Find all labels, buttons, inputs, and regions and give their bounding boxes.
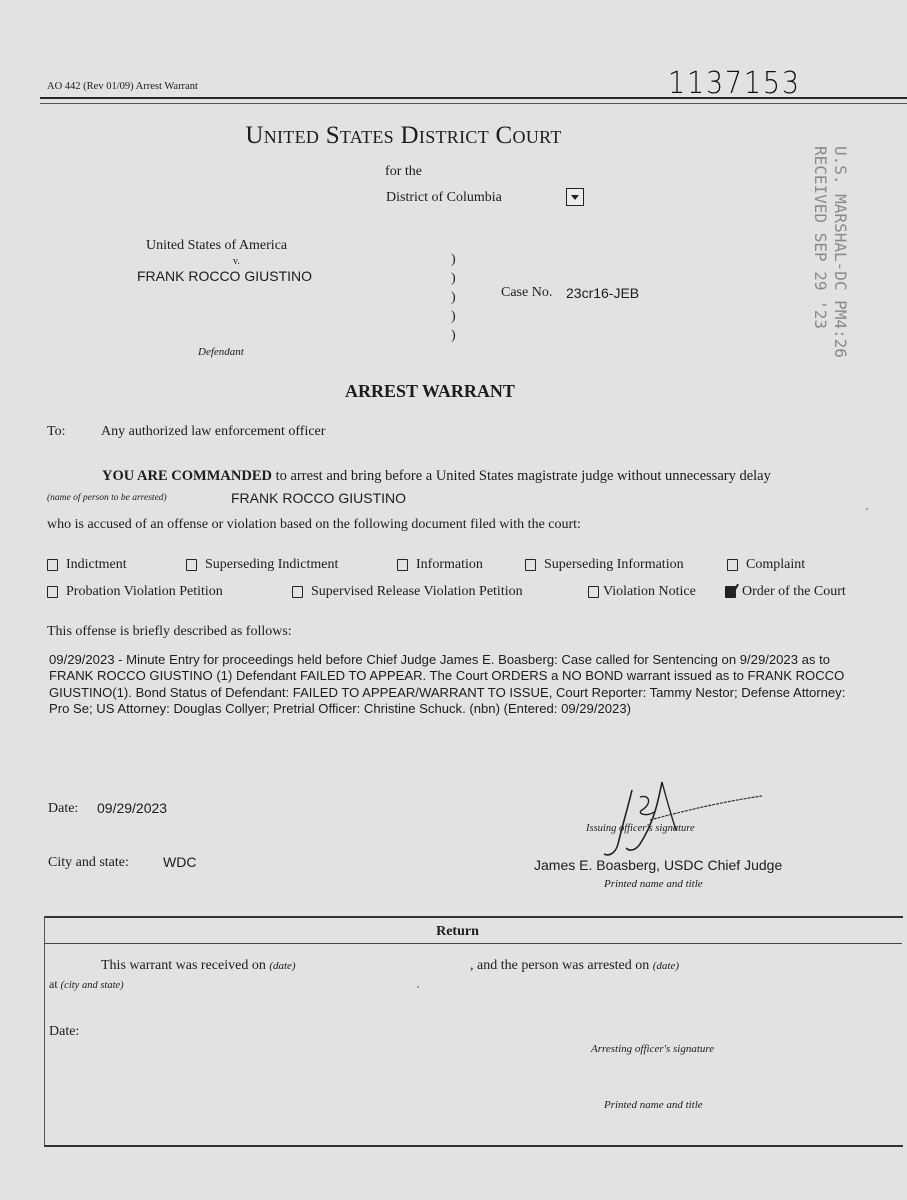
stamp-line-1: U.S. MARSHAL-DC PM4:26 bbox=[830, 146, 850, 346]
command-rest: to arrest and bring before a United Stat… bbox=[272, 468, 771, 484]
checkbox-superseding-indictment[interactable]: Superseding Indictment bbox=[186, 557, 338, 573]
received-stamp: U.S. MARSHAL-DC PM4:26 RECEIVED SEP 29 '… bbox=[810, 146, 850, 346]
warrant-title: ARREST WARRANT bbox=[345, 381, 515, 402]
checkbox-icon[interactable] bbox=[47, 586, 58, 598]
checkbox-icon[interactable] bbox=[525, 559, 536, 571]
issue-date-label: Date: bbox=[48, 801, 78, 817]
form-identifier: AO 442 (Rev 01/09) Arrest Warrant bbox=[47, 81, 198, 92]
court-title: United States District Court bbox=[0, 122, 907, 150]
handwritten-number: 1137153 bbox=[668, 66, 801, 101]
stamp-line-2: RECEIVED SEP 29 '23 bbox=[810, 146, 830, 346]
scan-speck bbox=[866, 508, 868, 510]
checkbox-label: Superseding Information bbox=[544, 557, 684, 573]
at-city-state: at (city and state) bbox=[49, 977, 124, 992]
checkbox-label: Supervised Release Violation Petition bbox=[311, 584, 523, 600]
paren: ) bbox=[451, 288, 456, 307]
for-the-label: for the bbox=[0, 164, 907, 180]
return-section bbox=[44, 916, 903, 1147]
paren: ) bbox=[451, 250, 456, 269]
checkbox-label: Superseding Indictment bbox=[205, 557, 338, 573]
header-rule bbox=[40, 97, 907, 104]
return-title: Return bbox=[0, 924, 907, 940]
received-label: This warrant was received on bbox=[101, 958, 266, 973]
defendant-name: FRANK ROCCO GIUSTINO bbox=[137, 268, 312, 284]
scan-speck bbox=[417, 986, 419, 988]
checkbox-label: Indictment bbox=[66, 557, 127, 573]
printed-name-label: Printed name and title bbox=[604, 878, 703, 890]
command-statement: YOU ARE COMMANDED to arrest and bring be… bbox=[102, 468, 771, 485]
to-label: To: bbox=[47, 424, 65, 440]
checkbox-label: Order of the Court bbox=[742, 584, 846, 600]
checkbox-supervised-release-violation-petition[interactable]: Supervised Release Violation Petition bbox=[292, 584, 523, 600]
checkbox-label: Probation Violation Petition bbox=[66, 584, 223, 600]
return-title-text: Return bbox=[436, 924, 479, 940]
checkbox-complaint[interactable]: Complaint bbox=[727, 557, 805, 573]
checkbox-order-of-the-court[interactable]: Order of the Court bbox=[725, 584, 846, 600]
judge-signature-icon bbox=[580, 772, 780, 862]
arrested-date-hint: (date) bbox=[653, 960, 679, 972]
checkbox-icon[interactable] bbox=[588, 586, 599, 598]
return-header-rule bbox=[44, 943, 902, 944]
judge-name: James E. Boasberg, USDC Chief Judge bbox=[534, 857, 782, 873]
offense-description: 09/29/2023 - Minute Entry for proceeding… bbox=[49, 652, 849, 717]
checkbox-probation-violation-petition[interactable]: Probation Violation Petition bbox=[47, 584, 223, 600]
checkbox-label: Complaint bbox=[746, 557, 805, 573]
arrested-label: , and the person was arrested on bbox=[470, 958, 649, 973]
paren: ) bbox=[451, 326, 456, 345]
city-state-hint: (city and state) bbox=[61, 980, 124, 991]
accused-statement: who is accused of an offense or violatio… bbox=[47, 517, 581, 533]
checkbox-violation-notice[interactable]: Violation Notice bbox=[588, 584, 696, 600]
received-on-text: This warrant was received on (date) bbox=[101, 958, 296, 974]
offense-label: This offense is briefly described as fol… bbox=[47, 624, 292, 640]
plaintiff-name: United States of America bbox=[146, 238, 287, 254]
checkbox-icon[interactable] bbox=[47, 559, 58, 571]
versus-label: v. bbox=[233, 256, 240, 267]
received-date-hint: (date) bbox=[269, 960, 295, 972]
arresting-printed-name-label: Printed name and title bbox=[604, 1099, 703, 1111]
arresting-signature-label: Arresting officer's signature bbox=[591, 1043, 714, 1055]
checkbox-information[interactable]: Information bbox=[397, 557, 483, 573]
paren: ) bbox=[451, 269, 456, 288]
paren: ) bbox=[451, 307, 456, 326]
case-number-label: Case No. bbox=[501, 285, 552, 301]
checkbox-label: Violation Notice bbox=[603, 584, 696, 600]
command-bold: YOU ARE COMMANDED bbox=[102, 468, 272, 484]
dropdown-arrow-icon[interactable] bbox=[566, 188, 584, 206]
checkbox-icon[interactable] bbox=[727, 559, 738, 571]
issuing-signature-label: Issuing officer's signature bbox=[586, 823, 695, 834]
checkbox-icon[interactable] bbox=[186, 559, 197, 571]
arrested-on-text: , and the person was arrested on (date) bbox=[470, 958, 679, 974]
to-value: Any authorized law enforcement officer bbox=[101, 424, 325, 440]
person-name-value: FRANK ROCCO GIUSTINO bbox=[231, 490, 406, 506]
at-label: at bbox=[49, 977, 58, 991]
caption-parens: ) ) ) ) ) bbox=[451, 250, 456, 345]
return-date-label: Date: bbox=[49, 1024, 79, 1040]
issue-date-value: 09/29/2023 bbox=[97, 800, 167, 816]
checkbox-icon[interactable] bbox=[292, 586, 303, 598]
for-the-text: for the bbox=[385, 164, 422, 180]
defendant-label: Defendant bbox=[198, 346, 244, 358]
case-number-value: 23cr16-JEB bbox=[566, 285, 639, 301]
checkbox-indictment[interactable]: Indictment bbox=[47, 557, 127, 573]
court-title-text: United States District Court bbox=[245, 122, 561, 150]
city-state-label: City and state: bbox=[48, 855, 129, 871]
checkbox-label: Information bbox=[416, 557, 483, 573]
checked-checkbox-icon[interactable] bbox=[725, 586, 736, 598]
district-name: District of Columbia bbox=[386, 190, 502, 206]
city-state-value: WDC bbox=[163, 854, 196, 870]
checkbox-icon[interactable] bbox=[397, 559, 408, 571]
person-name-label: (name of person to be arrested) bbox=[47, 493, 167, 503]
checkbox-superseding-information[interactable]: Superseding Information bbox=[525, 557, 684, 573]
